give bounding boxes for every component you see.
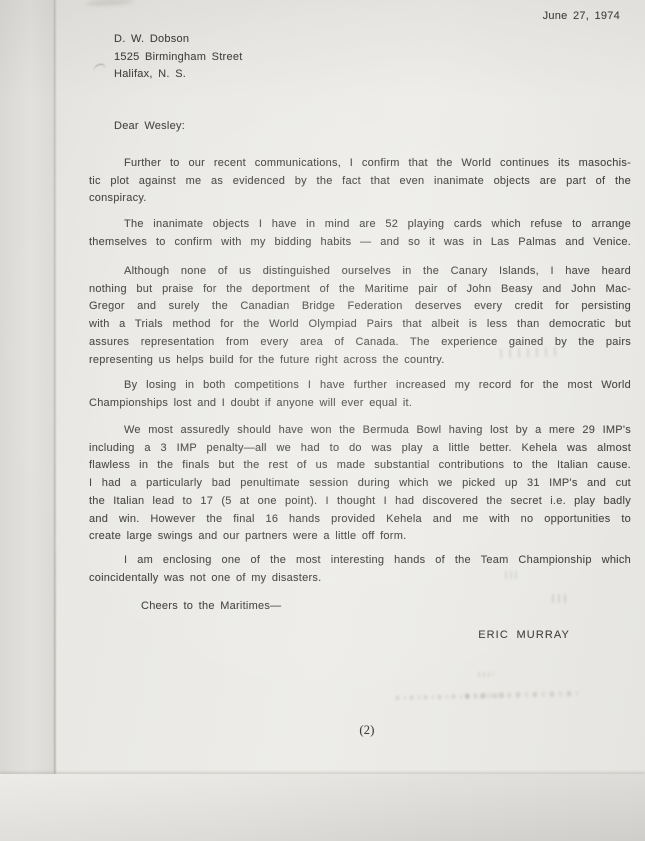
page-number: (2): [89, 722, 631, 740]
text-line: coincidentally was not one of my disaste…: [89, 570, 631, 588]
text-line: tic plot against me as evidenced by the …: [89, 173, 631, 191]
text-line: Further to our recent communications, I …: [89, 155, 631, 173]
closing-line: Cheers to the Maritimes—: [89, 598, 631, 616]
scanned-letter-photo: June 27, 1974 D. W. Dobson 1525 Birmingh…: [0, 0, 645, 841]
text-line: themselves to confirm with my bidding ha…: [89, 234, 631, 252]
recipient-name: D. W. Dobson: [114, 31, 434, 49]
text-line: with a Trials method for the World Olymp…: [89, 316, 631, 334]
recipient-address-block: D. W. Dobson 1525 Birmingham Street Hali…: [114, 31, 434, 84]
text-line: By losing in both competitions I have fu…: [89, 377, 631, 395]
letter-date: June 27, 1974: [89, 8, 631, 26]
paragraph-4: By losing in both competitions I have fu…: [89, 377, 631, 412]
recipient-street: 1525 Birmingham Street: [114, 49, 434, 67]
paragraph-1: Further to our recent communications, I …: [89, 155, 631, 208]
text-line: create large swings and our partners wer…: [89, 528, 631, 546]
text-line: nothing but praise for the deportment of…: [89, 281, 631, 299]
text-line: We most assuredly should have won the Be…: [89, 422, 631, 440]
text-line: conspiracy.: [89, 190, 631, 208]
paragraph-6: I am enclosing one of the most interesti…: [89, 552, 631, 587]
paragraph-5: We most assuredly should have won the Be…: [89, 422, 631, 546]
text-line: representing us helps build for the futu…: [89, 352, 631, 370]
text-line: Gregor and surely the Canadian Bridge Fe…: [89, 298, 631, 316]
letter-sheet: June 27, 1974 D. W. Dobson 1525 Birmingh…: [0, 0, 645, 841]
text-line: Championships lost and I doubt if anyone…: [89, 395, 631, 413]
text-line: the Italian lead to 17 (5 at one point).…: [89, 493, 631, 511]
text-line: assures representation from every area o…: [89, 334, 631, 352]
text-line: I am enclosing one of the most interesti…: [89, 552, 631, 570]
salutation: Dear Wesley:: [114, 118, 645, 136]
text-line: Although none of us distinguished oursel…: [89, 263, 631, 281]
text-line: and win. However the final 16 hands prov…: [89, 511, 631, 529]
recipient-city: Halifax, N. S.: [114, 66, 434, 84]
signature-name: ERIC MURRAY: [89, 627, 631, 645]
paragraph-3: Although none of us distinguished oursel…: [89, 263, 631, 369]
text-line: I had a particularly bad penultimate ses…: [89, 475, 631, 493]
text-line: including a 3 IMP penalty—all we had to …: [89, 440, 631, 458]
text-line: flawless in the finals but the rest of u…: [89, 457, 631, 475]
paragraph-2: The inanimate objects I have in mind are…: [89, 216, 631, 251]
text-line: The inanimate objects I have in mind are…: [89, 216, 631, 234]
